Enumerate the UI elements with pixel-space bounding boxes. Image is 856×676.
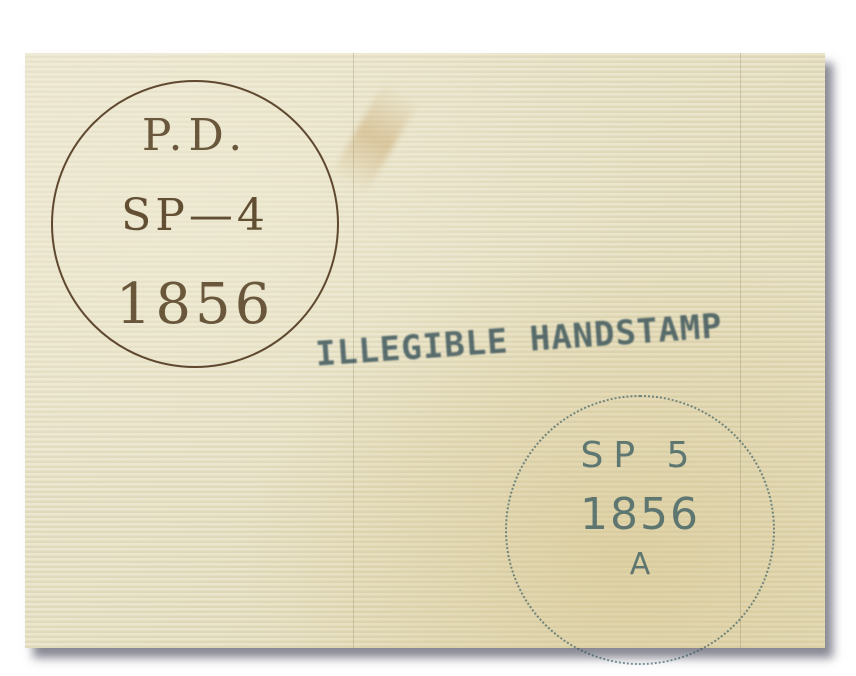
postmark-code: A bbox=[507, 547, 773, 582]
postmark-date: SP—4 bbox=[53, 190, 337, 241]
brown-circular-postmark: P.D. SP—4 1856 bbox=[51, 80, 339, 368]
blue-circular-postmark: SP 5 1856 A bbox=[505, 395, 775, 665]
postmark-date: SP 5 bbox=[507, 435, 773, 476]
paper-stain bbox=[330, 80, 420, 195]
postmark-year: 1856 bbox=[507, 489, 773, 540]
postmark-top-text: P.D. bbox=[53, 110, 337, 161]
postmark-year: 1856 bbox=[53, 272, 337, 337]
